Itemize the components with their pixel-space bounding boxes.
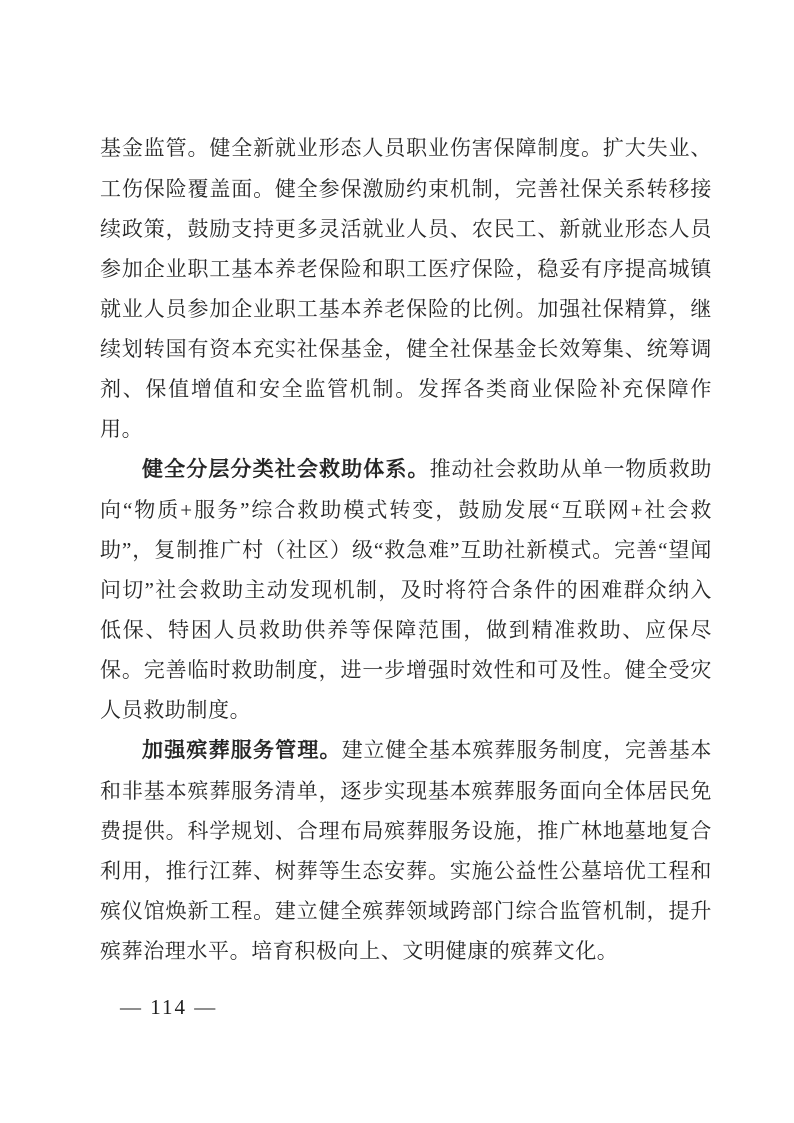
text-block: 基金监管。健全新就业形态人员职业伤害保障制度。扩大失业、工伤保险覆盖面。健全参保… (100, 128, 712, 971)
paragraph: 加强殡葬服务管理。建立健全基本殡葬服务制度，完善基本和非基本殡葬服务清单，逐步实… (100, 730, 712, 971)
paragraph-lead: 加强殡葬服务管理。 (142, 739, 342, 762)
paragraph-text: 建立健全基本殡葬服务制度，完善基本和非基本殡葬服务清单，逐步实现基本殡葬服务面向… (100, 738, 712, 963)
paragraph: 基金监管。健全新就业形态人员职业伤害保障制度。扩大失业、工伤保险覆盖面。健全参保… (100, 128, 712, 449)
paragraph-text: 基金监管。健全新就业形态人员职业伤害保障制度。扩大失业、工伤保险覆盖面。健全参保… (100, 136, 712, 441)
paragraph-text: 推动社会救助从单一物质救助向“物质+服务”综合救助模式转变，鼓励发展“互联网+社… (100, 457, 712, 722)
document-page: 基金监管。健全新就业形态人员职业伤害保障制度。扩大失业、工伤保险覆盖面。健全参保… (0, 0, 794, 1123)
paragraph: 健全分层分类社会救助体系。推动社会救助从单一物质救助向“物质+服务”综合救助模式… (100, 449, 712, 730)
paragraph-lead: 健全分层分类社会救助体系。 (142, 458, 430, 481)
page-number: — 114 — (120, 995, 217, 1020)
